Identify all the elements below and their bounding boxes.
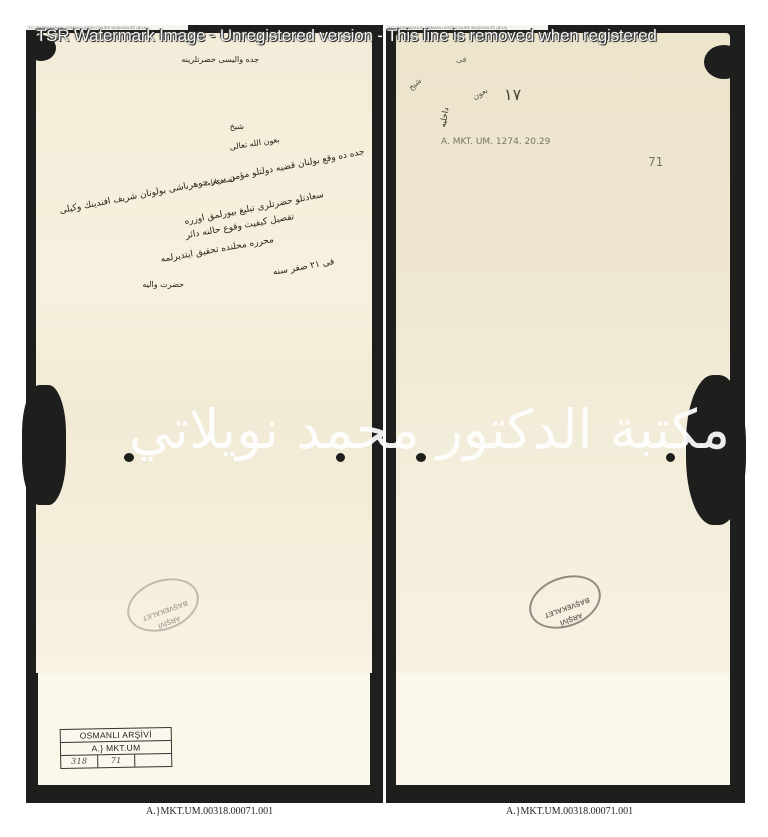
extra-cell: [135, 754, 171, 767]
address-line: جده والیسی حضرتلرینه: [181, 55, 259, 64]
handwritten-note: فی: [456, 55, 467, 64]
handwritten-note: ۱۷: [504, 85, 521, 104]
dossier-number: 318: [61, 755, 98, 768]
left-image-caption: A.}MKT.UM.00318.00071.001: [146, 806, 273, 817]
pencil-number-note: 71: [648, 155, 663, 169]
folded-bottom-strip: [396, 673, 730, 785]
handwritten-note: شیخ: [230, 122, 244, 131]
gomlek-number: 71: [98, 755, 135, 768]
pencil-reference-note: A. MKT. UM. 1274. 20.29: [441, 137, 550, 147]
torn-corner: [704, 45, 744, 79]
archive-catalog-label: OSMANLI ARŞİVİ A.} MKT.UM 318 71: [60, 727, 173, 769]
right-image-caption: A.}MKT.UM.00318.00071.001: [506, 806, 633, 817]
signature: حضرت والیه: [142, 280, 184, 289]
tsr-watermark-banner: TSR Watermark Image - Unregistered versi…: [36, 27, 732, 45]
arabic-library-watermark: مكتبة الدكتور محمد نويلاتي: [40, 395, 730, 465]
document-front-page: [36, 33, 372, 673]
